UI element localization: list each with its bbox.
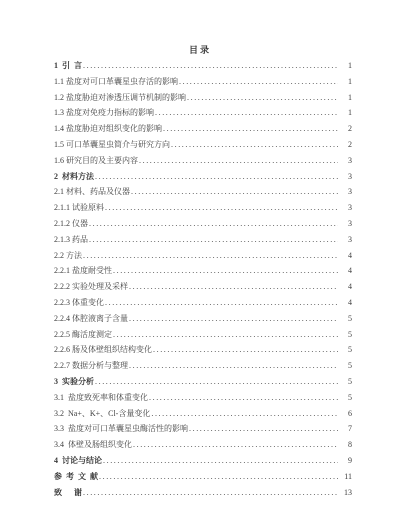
toc-entry: 致 谢13 bbox=[54, 485, 352, 501]
toc-entry: 4 讨论与结论9 bbox=[54, 453, 352, 469]
toc-entry-page: 5 bbox=[340, 311, 352, 327]
page-title: 目录 bbox=[0, 44, 400, 56]
toc-entry: 1.1 盐度对可口革囊星虫存活的影响1 bbox=[54, 74, 352, 90]
toc-entry-label: 1.1 盐度对可口革囊星虫存活的影响 bbox=[54, 74, 178, 90]
toc-entry-page: 7 bbox=[340, 421, 352, 437]
dot-leader bbox=[155, 105, 338, 121]
toc-entry-page: 9 bbox=[340, 453, 352, 469]
dot-leader bbox=[103, 453, 338, 469]
toc-entry-page: 6 bbox=[340, 406, 352, 422]
toc-entry-label: 3.1 盐度致死率和体重变化 bbox=[54, 390, 148, 406]
toc-entry-page: 8 bbox=[340, 437, 352, 453]
toc-entry-label: 3 实验分析 bbox=[54, 374, 94, 390]
toc-entry: 参 考 文 献11 bbox=[54, 469, 352, 485]
dot-leader bbox=[171, 137, 338, 153]
toc-entry: 3.4 体壁及肠组织变化8 bbox=[54, 437, 352, 453]
toc-entry: 2.1.3 药品3 bbox=[54, 232, 352, 248]
toc-entry-page: 3 bbox=[340, 200, 352, 216]
toc-entry-label: 1.5 可口革囊星虫简介与研究方向 bbox=[54, 137, 170, 153]
dot-leader bbox=[189, 421, 338, 437]
toc-entry-label: 1.3 盐度对免疫力指标的影响 bbox=[54, 105, 154, 121]
toc-entry-label: 2.2.2 实验处理及采样 bbox=[54, 279, 128, 295]
dot-leader bbox=[83, 485, 338, 501]
toc-entry: 1.4 盐度胁迫对组织变化的影响2 bbox=[54, 121, 352, 137]
toc-entry: 2.1.1 试验原料3 bbox=[54, 200, 352, 216]
toc-entry-page: 4 bbox=[340, 279, 352, 295]
toc-entry-label: 2.1.3 药品 bbox=[54, 232, 88, 248]
toc-entry: 1 引 言1 bbox=[54, 58, 352, 74]
toc-entry-label: 1.6 研究目的及主要内容 bbox=[54, 153, 138, 169]
toc-entry: 2.2.6 肠及体壁组织结构变化5 bbox=[54, 342, 352, 358]
toc-entry-page: 3 bbox=[340, 232, 352, 248]
dot-leader bbox=[83, 248, 338, 264]
toc-entry-label: 2.1.1 试验原料 bbox=[54, 200, 104, 216]
dot-leader bbox=[149, 390, 338, 406]
toc-entry-page: 2 bbox=[340, 137, 352, 153]
dot-leader bbox=[95, 374, 338, 390]
toc-entry-label: 2.1.2 仪器 bbox=[54, 216, 88, 232]
dot-leader bbox=[163, 121, 338, 137]
toc-entry: 2 材料方法3 bbox=[54, 169, 352, 185]
toc-entry-page: 13 bbox=[340, 485, 352, 501]
dot-leader bbox=[95, 169, 338, 185]
dot-leader bbox=[153, 342, 338, 358]
toc-entry-label: 2.2.7 数据分析与整理 bbox=[54, 358, 128, 374]
toc-entry: 1.2 盐度胁迫对渗透压调节机制的影响1 bbox=[54, 90, 352, 106]
toc-entry: 1.6 研究目的及主要内容3 bbox=[54, 153, 352, 169]
table-of-contents: 1 引 言1 1.1 盐度对可口革囊星虫存活的影响1 1.2 盐度胁迫对渗透压调… bbox=[54, 58, 352, 500]
toc-entry-page: 4 bbox=[340, 263, 352, 279]
toc-entry: 3.1 盐度致死率和体重变化5 bbox=[54, 390, 352, 406]
dot-leader bbox=[105, 200, 338, 216]
toc-entry-label: 参 考 文 献 bbox=[54, 469, 98, 485]
toc-entry-page: 4 bbox=[340, 295, 352, 311]
toc-entry-page: 5 bbox=[340, 342, 352, 358]
dot-leader bbox=[133, 437, 338, 453]
toc-entry: 3 实验分析5 bbox=[54, 374, 352, 390]
toc-entry-page: 3 bbox=[340, 169, 352, 185]
dot-leader bbox=[187, 90, 338, 106]
toc-entry-label: 2.2 方法 bbox=[54, 248, 82, 264]
toc-entry-label: 2.2.1 盐度耐受性 bbox=[54, 263, 112, 279]
toc-entry-label: 2.2.4 体腔液离子含量 bbox=[54, 311, 128, 327]
toc-entry: 2.2 方法4 bbox=[54, 248, 352, 264]
toc-entry-label: 2.2.3 体重变化 bbox=[54, 295, 104, 311]
toc-entry: 3.2 Na+、K+、Cl-含量变化6 bbox=[54, 406, 352, 422]
toc-entry-page: 4 bbox=[340, 248, 352, 264]
toc-entry-page: 5 bbox=[340, 327, 352, 343]
toc-entry: 2.2.1 盐度耐受性4 bbox=[54, 263, 352, 279]
toc-entry-page: 3 bbox=[340, 184, 352, 200]
toc-entry: 2.2.2 实验处理及采样4 bbox=[54, 279, 352, 295]
dot-leader bbox=[129, 279, 338, 295]
toc-entry-page: 1 bbox=[340, 74, 352, 90]
dot-leader bbox=[89, 216, 338, 232]
toc-entry-page: 1 bbox=[340, 105, 352, 121]
toc-entry-page: 5 bbox=[340, 374, 352, 390]
toc-entry: 2.2.3 体重变化4 bbox=[54, 295, 352, 311]
toc-entry-label: 3.4 体壁及肠组织变化 bbox=[54, 437, 132, 453]
toc-entry: 2.2.7 数据分析与整理5 bbox=[54, 358, 352, 374]
toc-entry: 2.2.4 体腔液离子含量5 bbox=[54, 311, 352, 327]
toc-entry-page: 3 bbox=[340, 216, 352, 232]
toc-entry-label: 2 材料方法 bbox=[54, 169, 94, 185]
toc-entry-label: 2.2.6 肠及体壁组织结构变化 bbox=[54, 342, 152, 358]
toc-entry-label: 3.3 盐度对可口革囊星虫酶活性的影响 bbox=[54, 421, 188, 437]
toc-entry-page: 5 bbox=[340, 390, 352, 406]
toc-entry-label: 4 讨论与结论 bbox=[54, 453, 102, 469]
toc-entry-label: 1.2 盐度胁迫对渗透压调节机制的影响 bbox=[54, 90, 186, 106]
toc-entry: 3.3 盐度对可口革囊星虫酶活性的影响7 bbox=[54, 421, 352, 437]
toc-entry-label: 2.2.5 酶活度测定 bbox=[54, 327, 112, 343]
toc-entry-page: 1 bbox=[340, 90, 352, 106]
dot-leader bbox=[129, 358, 338, 374]
dot-leader bbox=[139, 153, 338, 169]
dot-leader bbox=[179, 74, 338, 90]
toc-entry-label: 2.1 材料、药品及仪器 bbox=[54, 184, 130, 200]
dot-leader bbox=[105, 295, 338, 311]
toc-entry-page: 1 bbox=[340, 58, 352, 74]
dot-leader bbox=[151, 406, 338, 422]
toc-entry-page: 11 bbox=[340, 469, 352, 485]
dot-leader bbox=[83, 58, 338, 74]
toc-entry-page: 5 bbox=[340, 358, 352, 374]
toc-entry: 1.5 可口革囊星虫简介与研究方向2 bbox=[54, 137, 352, 153]
dot-leader bbox=[113, 263, 338, 279]
dot-leader bbox=[131, 184, 338, 200]
toc-entry-page: 2 bbox=[340, 121, 352, 137]
toc-entry-page: 3 bbox=[340, 153, 352, 169]
toc-entry-label: 3.2 Na+、K+、Cl-含量变化 bbox=[54, 406, 150, 422]
toc-entry-label: 1.4 盐度胁迫对组织变化的影响 bbox=[54, 121, 162, 137]
dot-leader bbox=[129, 311, 338, 327]
dot-leader bbox=[99, 469, 338, 485]
toc-entry: 2.1 材料、药品及仪器3 bbox=[54, 184, 352, 200]
dot-leader bbox=[113, 327, 338, 343]
toc-entry: 1.3 盐度对免疫力指标的影响1 bbox=[54, 105, 352, 121]
toc-entry: 2.2.5 酶活度测定5 bbox=[54, 327, 352, 343]
toc-entry: 2.1.2 仪器3 bbox=[54, 216, 352, 232]
toc-entry-label: 致 谢 bbox=[54, 485, 82, 501]
document-page: 目录 1 引 言1 1.1 盐度对可口革囊星虫存活的影响1 1.2 盐度胁迫对渗… bbox=[0, 0, 400, 509]
dot-leader bbox=[89, 232, 338, 248]
toc-entry-label: 1 引 言 bbox=[54, 58, 82, 74]
